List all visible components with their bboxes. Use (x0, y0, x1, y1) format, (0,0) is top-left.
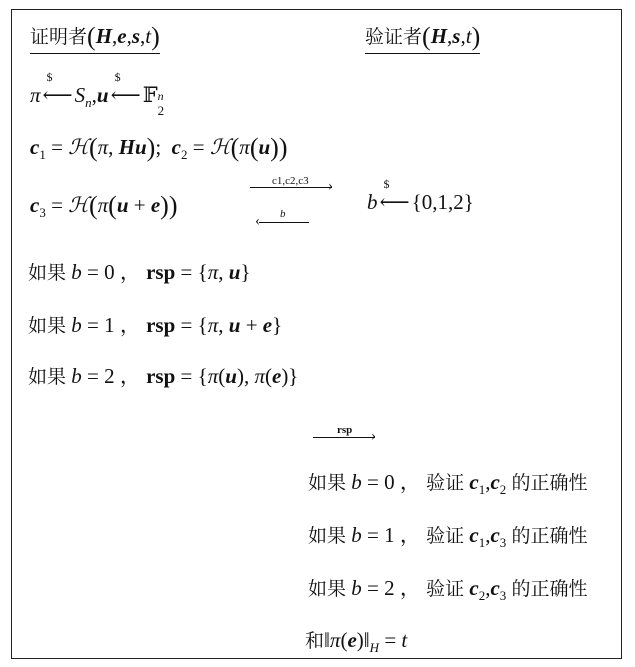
response-case-0: 如果 b = 0 ， rsp = {π, u} (28, 262, 251, 283)
arrow-left-icon: ‹ (255, 213, 260, 230)
commit-message-arrow: c1,c2,c3 › (250, 175, 340, 195)
prover-title: 证明者 (30, 26, 87, 48)
commit-message-label: c1,c2,c3 (272, 175, 309, 187)
random-sample-arrow-icon: $⟵ (43, 85, 73, 106)
response-case-1: 如果 b = 1 ， rsp = {π, u + e} (28, 315, 282, 336)
arrow-right-icon: › (328, 178, 333, 195)
arrow-right-icon: › (371, 428, 376, 445)
verifier-title: 验证者 (365, 26, 422, 48)
verify-case-1: 如果 b = 1 ， 验证 c1,c3 的正确性 (308, 525, 588, 549)
prover-heading: 证明者(H,e,s,t) (30, 24, 160, 54)
random-sample-arrow-icon: $⟵ (380, 192, 410, 213)
commitments-c1-c2: c1 = ℋ(π, Hu); c2 = ℋ(π(u)) (30, 135, 288, 161)
commitment-c3: c3 = ℋ(π(u + e)) (30, 193, 178, 219)
challenge-message-label: b (280, 208, 286, 220)
response-message-label: rsp (337, 424, 352, 436)
verify-weight-check: 和‖π(e)‖H = t (305, 630, 407, 654)
prover-sampling: π$⟵Sn,u$⟵𝔽n2 (30, 85, 168, 109)
response-case-2: 如果 b = 2 ， rsp = {π(u), π(e)} (28, 366, 298, 387)
verify-case-2: 如果 b = 2 ， 验证 c2,c3 的正确性 (308, 578, 588, 602)
challenge-message-arrow: b ‹ (255, 208, 315, 228)
random-sample-arrow-icon: $⟵ (111, 85, 141, 106)
verifier-challenge: b$⟵{0,1,2} (367, 192, 474, 213)
verify-case-0: 如果 b = 0 ， 验证 c1,c2 的正确性 (308, 472, 588, 496)
verifier-heading: 验证者(H,s,t) (365, 24, 480, 54)
response-message-arrow: rsp › (313, 424, 383, 444)
